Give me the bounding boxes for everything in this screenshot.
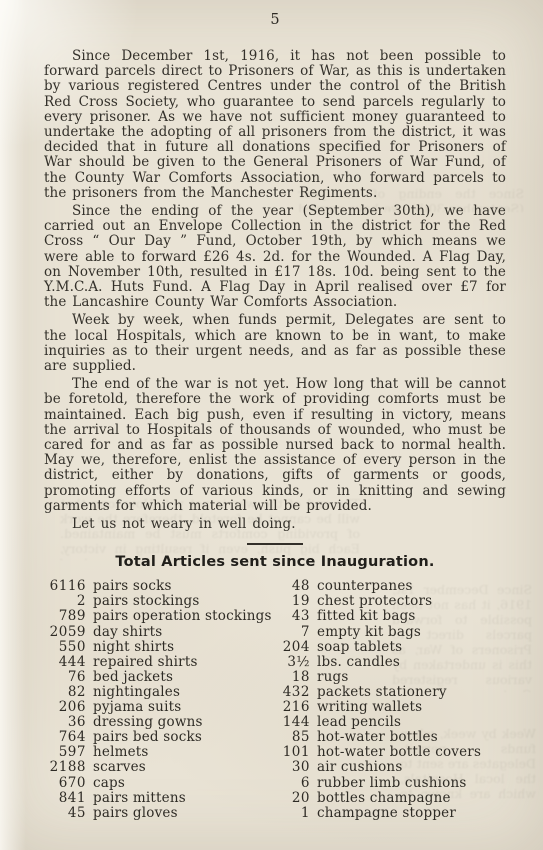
article-label: packets stationery xyxy=(317,685,447,700)
article-label: soap tablets xyxy=(317,640,402,655)
article-row: 204soap tablets xyxy=(259,640,506,655)
article-quantity: 2 xyxy=(44,594,86,609)
article-row: 3½lbs. candles xyxy=(259,655,506,670)
article-row: 444repaired shirts xyxy=(44,655,259,670)
article-label: pairs mittens xyxy=(93,791,186,806)
article-quantity: 144 xyxy=(259,715,310,730)
article-row: 144lead pencils xyxy=(259,715,506,730)
article-quantity: 19 xyxy=(259,594,310,609)
article-quantity: 101 xyxy=(259,745,310,760)
article-row: 789pairs operation stockings xyxy=(44,609,259,624)
article-quantity: 30 xyxy=(259,760,310,775)
article-row: 6rubber limb cushions xyxy=(259,776,506,791)
article-label: empty kit bags xyxy=(317,625,421,640)
article-quantity: 45 xyxy=(44,806,86,821)
article-quantity: 204 xyxy=(259,640,310,655)
article-row: 20bottles champagne xyxy=(259,791,506,806)
article-quantity: 7 xyxy=(259,625,310,640)
article-row: 550night shirts xyxy=(44,640,259,655)
article-quantity: 206 xyxy=(44,700,86,715)
article-row: 216writing wallets xyxy=(259,700,506,715)
article-label: scarves xyxy=(93,760,146,775)
article-label: bed jackets xyxy=(93,670,173,685)
article-quantity: 670 xyxy=(44,776,86,791)
article-label: writing wallets xyxy=(317,700,422,715)
paragraph-delegates-hospitals: Week by week, when funds permit, Delegat… xyxy=(44,313,506,374)
articles-heading: Total Articles sent since Inauguration. xyxy=(44,554,506,570)
article-label: nightingales xyxy=(93,685,180,700)
article-row: 45pairs gloves xyxy=(44,806,259,821)
article-quantity: 43 xyxy=(259,609,310,624)
article-label: lbs. candles xyxy=(317,655,400,670)
article-row: 432packets stationery xyxy=(259,685,506,700)
article-label: hot-water bottles xyxy=(317,730,438,745)
article-label: counterpanes xyxy=(317,579,413,594)
article-row: 670caps xyxy=(44,776,259,791)
scan-edge-highlight xyxy=(0,0,26,850)
paragraph-prisoners-of-war: Since December 1st, 1916, it has not bee… xyxy=(44,49,506,201)
article-row: 18rugs xyxy=(259,670,506,685)
article-quantity: 6116 xyxy=(44,579,86,594)
article-label: repaired shirts xyxy=(93,655,198,670)
article-row: 30air cushions xyxy=(259,760,506,775)
article-row: 2059day shirts xyxy=(44,625,259,640)
article-row: 1champagne stopper xyxy=(259,806,506,821)
article-label: pairs stockings xyxy=(93,594,200,609)
article-row: 82nightingales xyxy=(44,685,259,700)
article-label: pyjama suits xyxy=(93,700,181,715)
article-row: 101hot-water bottle covers xyxy=(259,745,506,760)
scanned-document-page: Since the ending of the year (September … xyxy=(0,0,543,850)
article-label: night shirts xyxy=(93,640,174,655)
article-row: 841pairs mittens xyxy=(44,791,259,806)
section-divider-rule xyxy=(247,543,303,545)
article-label: caps xyxy=(93,776,125,791)
article-quantity: 85 xyxy=(259,730,310,745)
article-label: hot-water bottle covers xyxy=(317,745,481,760)
article-quantity: 82 xyxy=(44,685,86,700)
article-label: pairs bed socks xyxy=(93,730,202,745)
article-quantity: 789 xyxy=(44,609,86,624)
paragraph-end-of-war: The end of the war is not yet. How long … xyxy=(44,377,506,514)
article-row: 43fitted kit bags xyxy=(259,609,506,624)
article-quantity: 6 xyxy=(259,776,310,791)
article-row: 7empty kit bags xyxy=(259,625,506,640)
article-quantity: 2188 xyxy=(44,760,86,775)
article-label: lead pencils xyxy=(317,715,401,730)
article-label: pairs socks xyxy=(93,579,172,594)
article-label: air cushions xyxy=(317,760,402,775)
article-label: helmets xyxy=(93,745,149,760)
article-quantity: 2059 xyxy=(44,625,86,640)
article-row: 206pyjama suits xyxy=(44,700,259,715)
paragraph-envelope-collection: Since the ending of the year (September … xyxy=(44,204,506,310)
article-quantity: 444 xyxy=(44,655,86,670)
article-label: chest protectors xyxy=(317,594,432,609)
article-row: 36dressing gowns xyxy=(44,715,259,730)
article-label: pairs operation stockings xyxy=(93,609,272,624)
article-quantity: 18 xyxy=(259,670,310,685)
article-row: 19chest protectors xyxy=(259,594,506,609)
article-quantity: 48 xyxy=(259,579,310,594)
articles-list: 6116pairs socks 2pairs stockings 789pair… xyxy=(44,579,506,821)
article-quantity: 76 xyxy=(44,670,86,685)
article-row: 85hot-water bottles xyxy=(259,730,506,745)
page-number: 5 xyxy=(44,12,506,28)
article-quantity: 1 xyxy=(259,806,310,821)
article-label: champagne stopper xyxy=(317,806,456,821)
article-label: dressing gowns xyxy=(93,715,203,730)
article-row: 76bed jackets xyxy=(44,670,259,685)
article-quantity: 3½ xyxy=(259,655,310,670)
page-body: Since December 1st, 1916, it has not bee… xyxy=(44,49,506,821)
article-quantity: 216 xyxy=(259,700,310,715)
article-quantity: 20 xyxy=(259,791,310,806)
article-label: rugs xyxy=(317,670,349,685)
article-label: bottles champagne xyxy=(317,791,451,806)
article-quantity: 764 xyxy=(44,730,86,745)
article-label: fitted kit bags xyxy=(317,609,416,624)
article-label: day shirts xyxy=(93,625,162,640)
article-quantity: 550 xyxy=(44,640,86,655)
article-quantity: 841 xyxy=(44,791,86,806)
article-label: rubber limb cushions xyxy=(317,776,466,791)
closing-line: Let us not weary in well doing. xyxy=(44,517,506,532)
article-row: 2pairs stockings xyxy=(44,594,259,609)
articles-column-left: 6116pairs socks 2pairs stockings 789pair… xyxy=(44,579,259,821)
article-quantity: 36 xyxy=(44,715,86,730)
articles-column-right: 48counterpanes 19chest protectors 43fitt… xyxy=(259,579,506,821)
article-row: 6116pairs socks xyxy=(44,579,259,594)
article-label: pairs gloves xyxy=(93,806,178,821)
article-quantity: 432 xyxy=(259,685,310,700)
article-row: 764pairs bed socks xyxy=(44,730,259,745)
article-row: 597helmets xyxy=(44,745,259,760)
article-row: 2188scarves xyxy=(44,760,259,775)
article-row: 48counterpanes xyxy=(259,579,506,594)
article-quantity: 597 xyxy=(44,745,86,760)
